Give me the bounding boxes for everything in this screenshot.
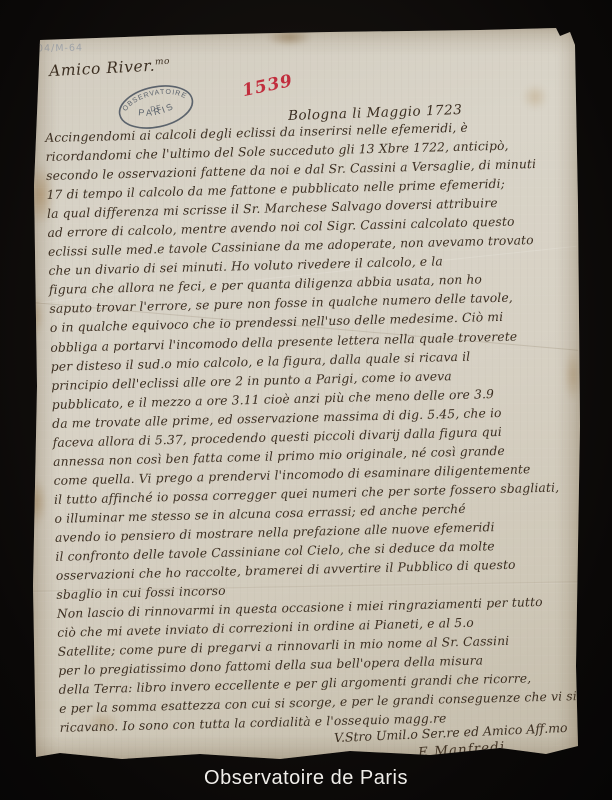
caption-text: Observatoire de Paris (0, 767, 612, 790)
inventory-number: 1539 (240, 71, 294, 101)
salutation-text: Amico River. (49, 57, 156, 81)
stamp-text-bottom: PARIS (136, 100, 177, 121)
stain (522, 84, 548, 110)
salutation-superscript: mo (155, 57, 171, 68)
letter-paper: 04/M-64 Amico River.mo 1539 OBSERVATOIRE… (30, 26, 584, 764)
svg-text:PARIS: PARIS (136, 100, 177, 121)
letter-body: Accingendomi ai calcoli degli eclissi da… (45, 116, 596, 738)
shelf-mark: 04/M-64 (37, 43, 83, 55)
salutation: Amico River.mo (49, 56, 171, 80)
